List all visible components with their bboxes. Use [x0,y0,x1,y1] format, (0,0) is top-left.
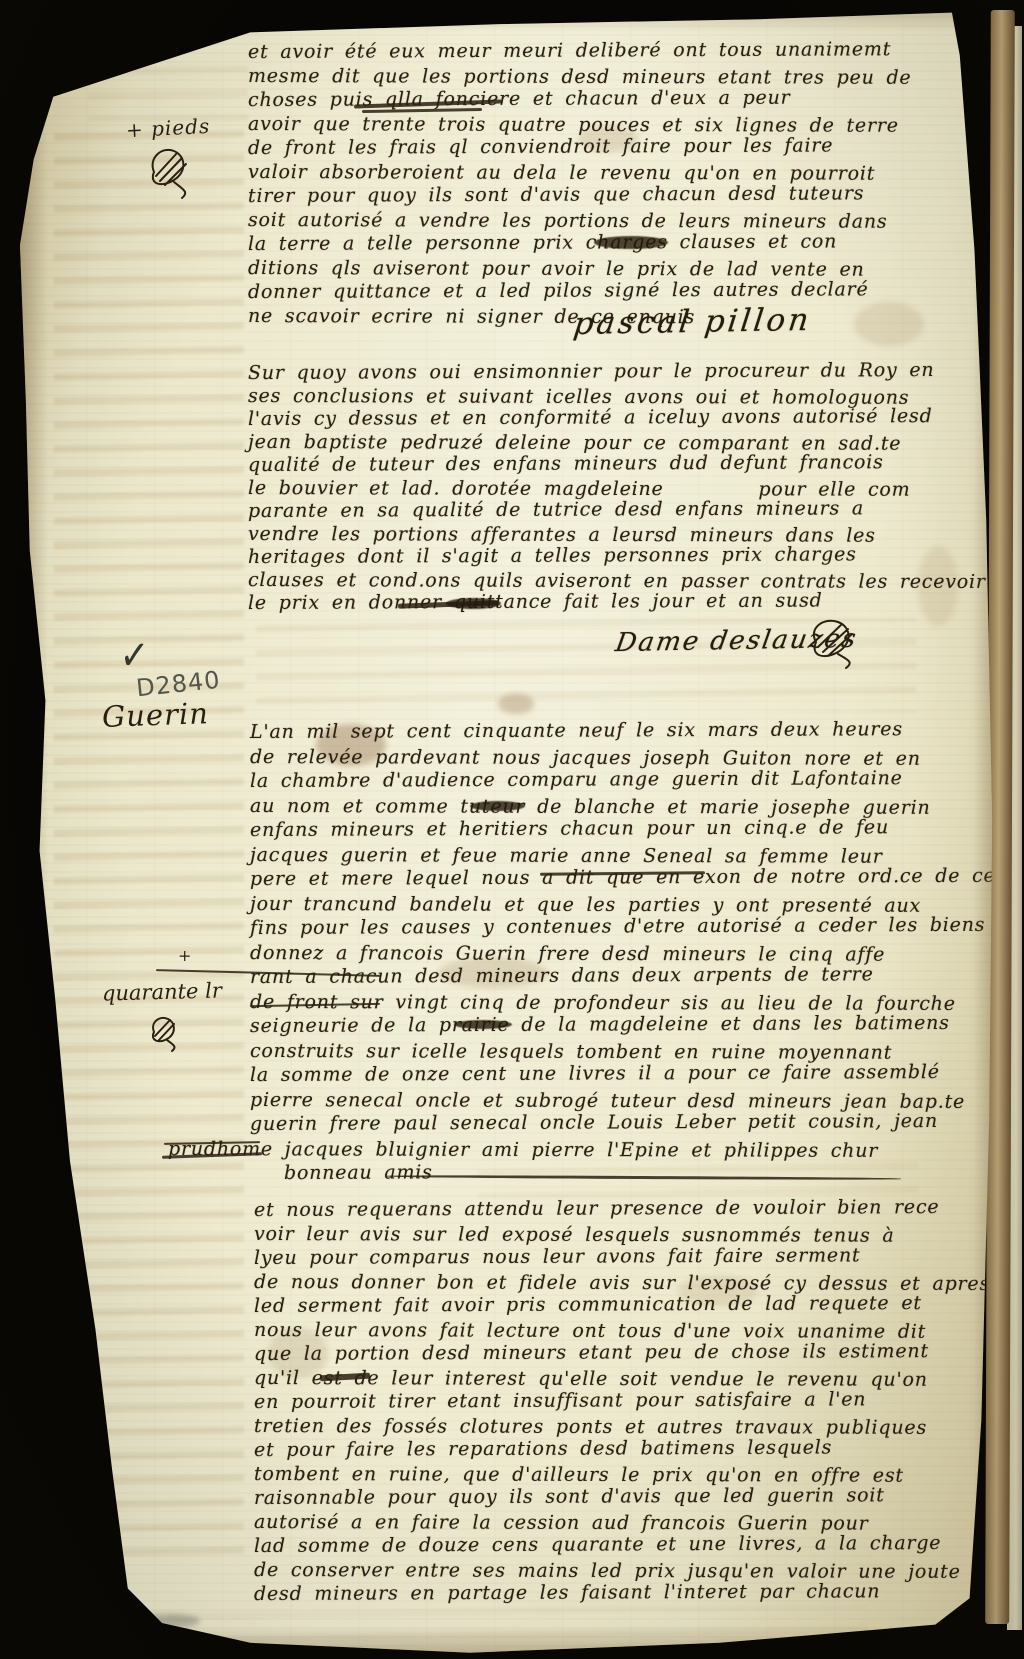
manuscript-line: de front les frais ql conviendroit faire… [248,133,912,160]
manuscript-line: L'an mil sept cent cinquante neuf le six… [250,717,996,745]
paragraph-comparution: L'an mil sept cent cinquante neuf le six… [250,720,996,1186]
manuscript-line: la somme de onze cent une livres il a po… [250,1060,996,1088]
margin-name-guerin: Guerin [101,696,209,734]
stain [498,694,534,714]
manuscript-line: desd mineurs en partage les faisant l'in… [254,1579,990,1606]
manuscript-line: et pour faire les reparations desd batim… [254,1435,990,1462]
bleedthrough-top-left [88,61,248,121]
manuscript-line: la chambre d'audience comparu ange gueri… [250,766,996,794]
ink-blot [594,236,668,249]
manuscript-line: la terre a telle personne prix charges c… [248,229,912,256]
manuscript-line: choses puis qlla fonciere et chacun d'eu… [248,85,912,112]
manuscript-line: que la portion desd mineurs etant peu de… [254,1339,990,1366]
margin-note-pieds: + pieds [125,114,210,142]
manuscript-line: donner quittance et a led pilos signé le… [248,277,912,304]
manuscript-line: led serment fait avoir pris communicatio… [254,1291,990,1318]
paraph-flourish-icon [146,1012,180,1052]
bleedthrough-left-margin [54,126,244,1566]
ink-blot [454,1020,512,1029]
manuscript-line: enfans mineurs et heritiers chacun pour … [250,815,996,843]
margin-note-quarante: quarante lr [102,978,222,1005]
manuscript-line: l'avis cy dessus et en conformité a icel… [248,405,986,431]
manuscript-line: qualité de tuteur des enfans mineurs dud… [248,451,986,477]
paraph-flourish-icon [144,142,192,200]
paragraph-homologation: Sur quoy avons oui ensimonnier pour le p… [248,362,986,615]
manuscript-line: parante en sa qualité de tutrice desd en… [248,497,986,523]
paragraph-deliberation: et avoir été eux meur meuri deliberé ont… [248,40,911,328]
ink-blot [470,801,525,811]
manuscript-line: en pourroit tirer etant insuffisant pour… [254,1387,990,1414]
paraph-flourish-icon [798,614,858,669]
manuscript-line: seigneurie de la prairie de la magdelein… [250,1011,996,1039]
manuscript-line: pere et mere lequel nous a dit que en ex… [250,864,996,892]
ink-blot [446,598,501,609]
manuscript-line: raisonnable pour quoy ils sont d'avis qu… [254,1483,990,1510]
manuscript-line: guerin frere paul senecal oncle Louis Le… [250,1109,996,1137]
paper-sheet: + pieds ✓ D2840 Guerin + quarante lr et … [18,6,998,1656]
manuscript-line: Sur quoy avons oui ensimonnier pour le p… [248,359,986,385]
smudge [136,1614,200,1628]
manuscript-line: et avoir été eux meur meuri deliberé ont… [248,37,912,64]
margin-plus-mark: + [178,946,191,965]
bleedthrough-bottom [168,1606,868,1646]
scanned-manuscript-page: + pieds ✓ D2840 Guerin + quarante lr et … [0,0,1024,1659]
manuscript-line: fins pour les causes y contenues d'etre … [250,913,996,941]
paragraph-avis: et nous requerans attendu leur presence … [254,1198,990,1606]
manuscript-line: heritages dont il s'agit a telles person… [248,543,986,569]
manuscript-line: et nous requerans attendu leur presence … [254,1195,990,1222]
manuscript-line: lad somme de douze cens quarante et une … [254,1531,990,1558]
manuscript-line: le prix en donner quittance fait les jou… [248,589,986,615]
signature-pascal-pillon: pascal pillon [572,302,814,342]
manuscript-line: tirer pour quoy ils sont d'avis que chac… [248,181,912,208]
manuscript-line: lyeu pour comparus nous leur avons fait … [254,1243,990,1270]
manuscript-line: bonneau amis [284,1158,996,1186]
